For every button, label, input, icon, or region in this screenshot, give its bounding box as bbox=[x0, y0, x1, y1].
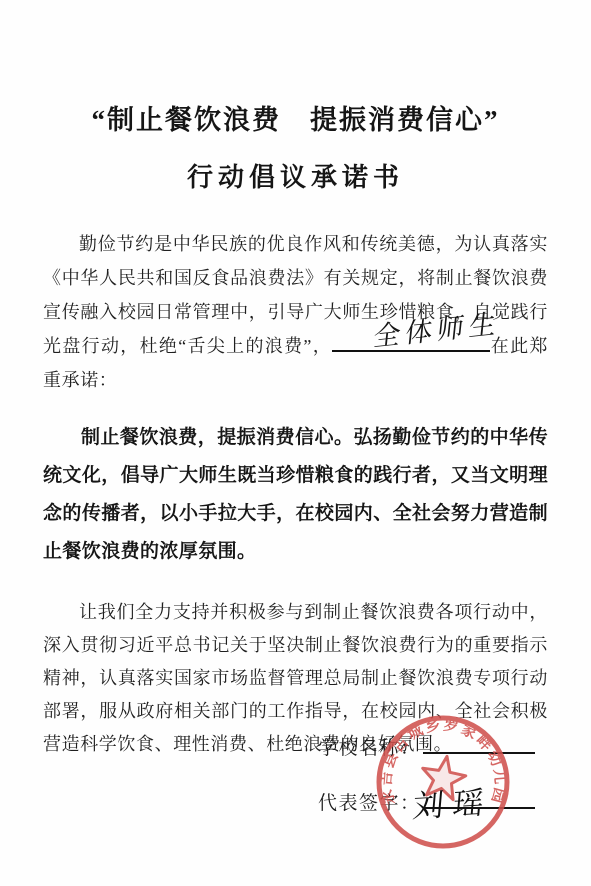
document-body: 勤俭节约是中华民族的优良作风和传统美德，为认真落实《中华人民共和国反食品浪费法》… bbox=[43, 227, 548, 761]
handwritten-signature: 刘瑶 bbox=[411, 777, 495, 826]
fill-in-blank-line: 全体师生 bbox=[332, 330, 490, 352]
document-page: “制止餐饮浪费 提振消费信心” 行动倡议承诺书 勤俭节约是中华民族的优良作风和传… bbox=[0, 0, 591, 886]
document-title-line2: 行动倡议承诺书 bbox=[0, 157, 591, 194]
paragraph-2-bold: 制止餐饮浪费，提振消费信心。弘扬勤俭节约的中华传统文化，倡导广大师生既当珍惜粮食… bbox=[43, 419, 548, 571]
paragraph-1: 勤俭节约是中华民族的优良作风和传统美德，为认真落实《中华人民共和国反食品浪费法》… bbox=[43, 227, 548, 397]
document-title-line1: “制止餐饮浪费 提振消费信心” bbox=[0, 98, 591, 137]
